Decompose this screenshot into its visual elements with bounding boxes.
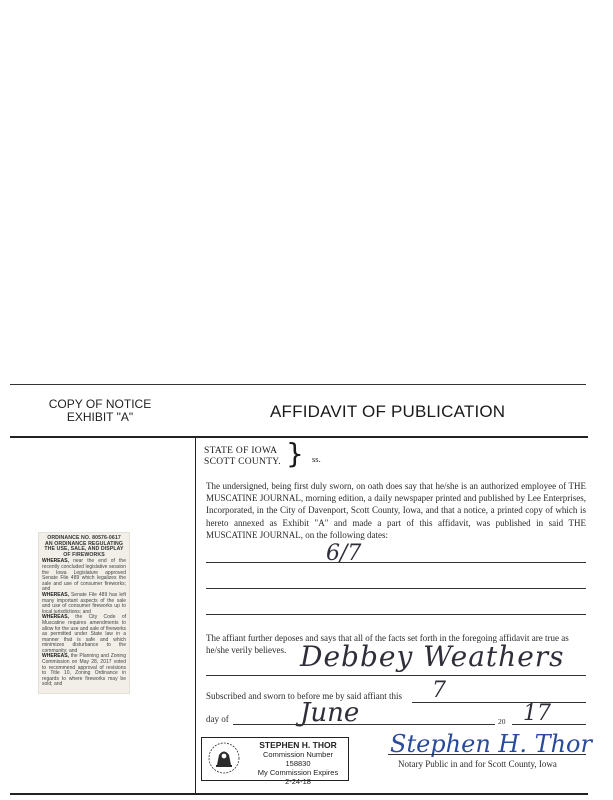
column-divider xyxy=(195,437,196,794)
exhibit-heading: COPY OF NOTICE EXHIBIT "A" xyxy=(30,398,170,424)
year-line xyxy=(512,724,586,725)
whereas-text: near the end of the recently concluded l… xyxy=(42,558,126,592)
whereas-text: the City Code of Muscatine requires amen… xyxy=(42,614,126,654)
notary-stamp: STEPHEN H. THOR Commission Number 158830… xyxy=(201,737,349,781)
month-line xyxy=(233,724,495,725)
date-line-3 xyxy=(206,614,586,615)
affidavit-statement: The undersigned, being first duly sworn,… xyxy=(206,480,586,541)
year-prefix: 20 xyxy=(498,717,506,726)
whereas-paragraph: WHEREAS, the City Code of Muscatine requ… xyxy=(42,615,126,654)
top-border-rule xyxy=(10,384,586,385)
exhibit-a-label: EXHIBIT "A" xyxy=(30,411,170,424)
day-of-label: day of xyxy=(206,714,229,724)
venue-block: STATE OF IOWA SCOTT COUNTY. xyxy=(204,446,281,467)
notarial-seal-icon xyxy=(207,741,241,775)
day-value: 7 xyxy=(432,678,446,703)
ordinance-title: ORDINANCE NO. 80576-0617 AN ORDINANCE RE… xyxy=(39,533,129,559)
whereas-paragraph: WHEREAS, the Planning and Zoning Commiss… xyxy=(42,654,126,688)
commission-number: Commission Number 158830 xyxy=(250,750,346,768)
affiant-signature: Debbey Weathers xyxy=(300,640,565,673)
document-title: AFFIDAVIT OF PUBLICATION xyxy=(270,402,505,422)
notary-name: STEPHEN H. THOR xyxy=(250,741,346,750)
brace-icon: } xyxy=(286,441,304,467)
commission-expires-label: My Commission Expires xyxy=(250,768,346,777)
bottom-border-rule xyxy=(10,793,588,795)
year-value: 17 xyxy=(523,701,551,726)
affiant-signature-line xyxy=(206,675,586,676)
state-label: STATE OF IOWA xyxy=(204,446,281,457)
date-line-1 xyxy=(206,562,586,563)
day-line xyxy=(412,702,586,703)
commission-expires-date: 2-24-18 xyxy=(250,777,346,786)
county-label: SCOTT COUNTY. xyxy=(204,457,281,468)
whereas-paragraph: WHEREAS, Senate File 489 has left many i… xyxy=(42,593,126,615)
whereas-paragraph: WHEREAS, near the end of the recently co… xyxy=(42,559,126,593)
notary-public-label: Notary Public in and for Scott County, I… xyxy=(398,759,557,769)
date-line-2 xyxy=(206,588,586,589)
newspaper-clipping: ORDINANCE NO. 80576-0617 AN ORDINANCE RE… xyxy=(38,532,130,694)
stamp-text: STEPHEN H. THOR Commission Number 158830… xyxy=(250,741,346,786)
ordinance-body: WHEREAS, near the end of the recently co… xyxy=(39,559,129,688)
whereas-text: the Planning and Zoning Commission on Ma… xyxy=(42,653,126,687)
notary-signature-line xyxy=(388,754,586,755)
ss-label: ss. xyxy=(312,454,321,464)
